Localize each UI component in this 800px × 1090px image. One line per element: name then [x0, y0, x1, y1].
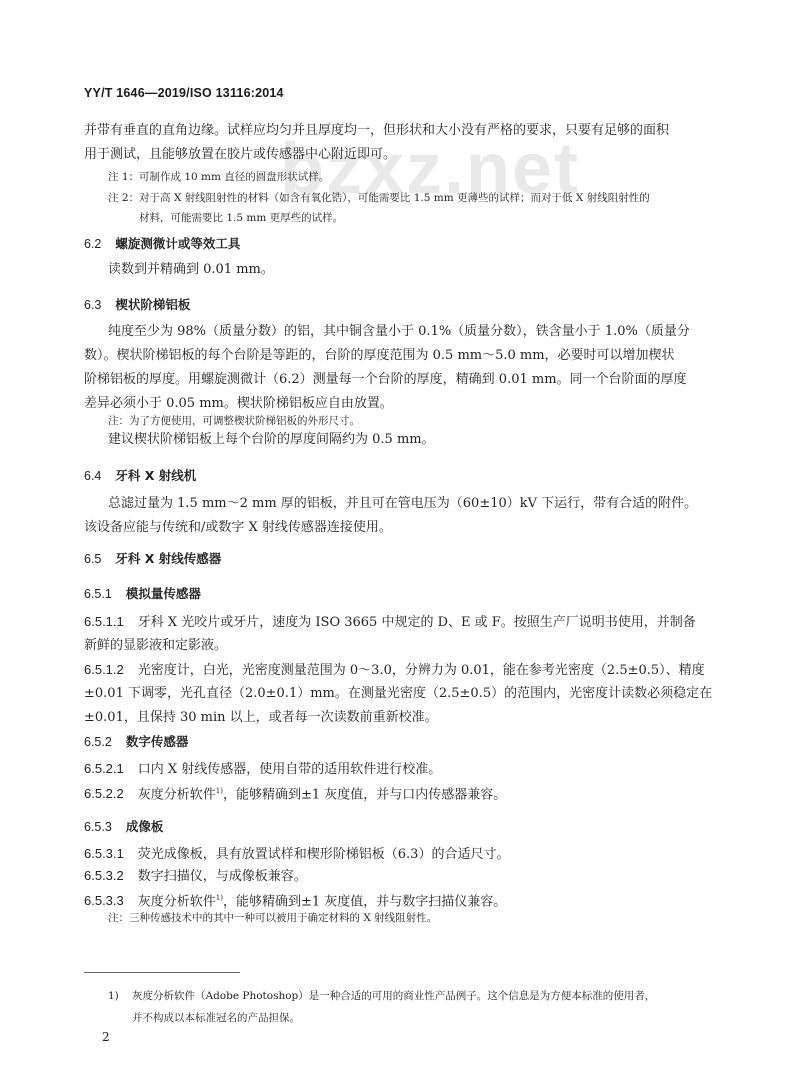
clause-text: 光密度计，白光，光密度测量范围为 0～3.0，分辨力为 0.01，能在参考光密度… [138, 663, 705, 678]
section-number: 6.4 [84, 469, 101, 483]
clause-number: 6.5.2.2 [84, 782, 124, 806]
clause-number: 6.5.3.1 [84, 842, 124, 866]
section-number: 6.3 [84, 298, 101, 312]
section-6-3-line-1: 纯度至少为 98%（质量分数）的铝，其中铜含量小于 0.1%（质量分数），铁含量… [108, 320, 690, 344]
section-number: 6.2 [84, 237, 101, 251]
footnote-divider [84, 972, 240, 973]
footnote-1: 1)灰度分析软件（Adobe Photoshop）是一种合适的可用的商业性产品例… [108, 985, 655, 1007]
section-6-4-line-2: 该设备应能与传统和/或数字 X 射线传感器连接使用。 [84, 516, 392, 540]
section-heading-6-4: 6.4牙科 X 射线机 [84, 466, 196, 484]
intro-note-1: 注 1：可制作成 10 mm 直径的圆盘形状试样。 [108, 167, 329, 187]
section-title: 螺旋测微计或等效工具 [115, 236, 240, 251]
section-6-4-line-1: 总滤过量为 1.5 mm～2 mm 厚的铝板，并且可在管电压为（60±10）kV… [108, 492, 697, 516]
section-6-3-note-cont: 建议楔状阶梯铝板上每个台阶的厚度间隔约为 0.5 mm。 [108, 428, 435, 452]
clause-number: 6.5.1.1 [84, 610, 124, 634]
footnote-text: 灰度分析软件（Adobe Photoshop）是一种合适的可用的商业性产品例子。… [132, 990, 655, 1002]
clause-number: 6.5.1.2 [84, 658, 124, 682]
page-number: 2 [102, 1030, 110, 1044]
section-title: 数字传感器 [126, 734, 189, 749]
clause-6-5-2-2: 6.5.2.2灰度分析软件1)，能够精确到±1 灰度值，并与口内传感器兼容。 [84, 779, 506, 807]
section-title: 成像板 [126, 819, 164, 834]
clause-6-5-1-1-cont: 新鲜的显影液和定影液。 [84, 634, 227, 658]
document-page: bzxz.net YY/T 1646—2019/ISO 13116:2014 并… [0, 0, 800, 1090]
intro-line-1: 并带有垂直的直角边缘。试样应均匀并且厚度均一，但形状和大小没有严格的要求，只要有… [84, 119, 669, 143]
footnote-ref[interactable]: 1) [216, 894, 223, 902]
section-heading-6-5: 6.5牙科 X 射线传感器 [84, 549, 221, 567]
clause-text: 数字扫描仪，与成像板兼容。 [138, 869, 307, 884]
footnote-marker: 1) [108, 985, 132, 1007]
clause-6-5-1-2-cont-1: ±0.01 下调零，光孔直径（2.0±0.1）mm。在测量光密度（2.5±0.5… [84, 682, 712, 706]
intro-note-2: 注 2：对于高 X 射线阻射性的材料（如含有氧化锆），可能需要比 1.5 mm … [108, 188, 650, 208]
clause-number: 6.5.2.1 [84, 757, 124, 781]
section-number: 6.5.1 [84, 587, 112, 601]
intro-note-2-cont: 材料，可能需要比 1.5 mm 更厚些的试样。 [139, 208, 343, 228]
clause-text-cont: ，能够精确到±1 灰度值，并与口内传感器兼容。 [223, 787, 506, 802]
section-title: 模拟量传感器 [126, 586, 201, 601]
section-heading-6-2: 6.2螺旋测微计或等效工具 [84, 234, 240, 252]
section-6-2-body: 读数到并精确到 0.01 mm。 [108, 258, 274, 282]
section-heading-6-5-3: 6.5.3成像板 [84, 817, 163, 835]
section-number: 6.5.2 [84, 735, 112, 749]
section-6-5-3-note: 注：三种传感技术中的其中一种可以被用于确定材料的 X 射线阻射性。 [108, 908, 437, 928]
clause-number: 6.5.3.2 [84, 864, 124, 888]
clause-text: 灰度分析软件 [138, 787, 216, 802]
section-title: 牙科 X 射线机 [115, 468, 196, 483]
intro-line-2: 用于测试，且能够放置在胶片或传感器中心附近即可。 [84, 143, 396, 167]
section-6-3-line-3: 阶梯铝板的厚度。用螺旋测微计（6.2）测量每一个台阶的厚度，精确到 0.01 m… [84, 368, 687, 392]
section-heading-6-3: 6.3楔状阶梯铝板 [84, 295, 190, 313]
section-number: 6.5 [84, 552, 101, 566]
clause-text: 口内 X 射线传感器，使用自带的适用软件进行校准。 [138, 762, 442, 777]
section-number: 6.5.3 [84, 820, 112, 834]
section-title: 牙科 X 射线传感器 [115, 551, 221, 566]
section-heading-6-5-1: 6.5.1模拟量传感器 [84, 584, 201, 602]
section-title: 楔状阶梯铝板 [115, 297, 190, 312]
section-6-3-line-2: 数）。楔状阶梯铝板的每个台阶是等距的，台阶的厚度范围为 0.5 mm～5.0 m… [84, 344, 675, 368]
footnote-ref[interactable]: 1) [216, 787, 223, 795]
standard-header: YY/T 1646—2019/ISO 13116:2014 [84, 86, 284, 100]
clause-6-5-1-1: 6.5.1.1牙科 X 光咬片或牙片，速度为 ISO 3665 中规定的 D、E… [84, 610, 696, 635]
clause-text: 牙科 X 光咬片或牙片，速度为 ISO 3665 中规定的 D、E 或 F。按照… [138, 615, 696, 630]
footnote-1-cont: 并不构成以本标准冠名的产品担保。 [132, 1007, 300, 1029]
section-heading-6-5-2: 6.5.2数字传感器 [84, 732, 188, 750]
clause-6-5-1-2: 6.5.1.2光密度计，白光，光密度测量范围为 0～3.0，分辨力为 0.01，… [84, 658, 705, 683]
clause-text: 荧光成像板，具有放置试样和楔形阶梯铝板（6.3）的合适尺寸。 [138, 847, 510, 862]
clause-6-5-1-2-cont-2: ±0.01，且保持 30 min 以上，或者每一次读数前重新校准。 [84, 706, 438, 730]
